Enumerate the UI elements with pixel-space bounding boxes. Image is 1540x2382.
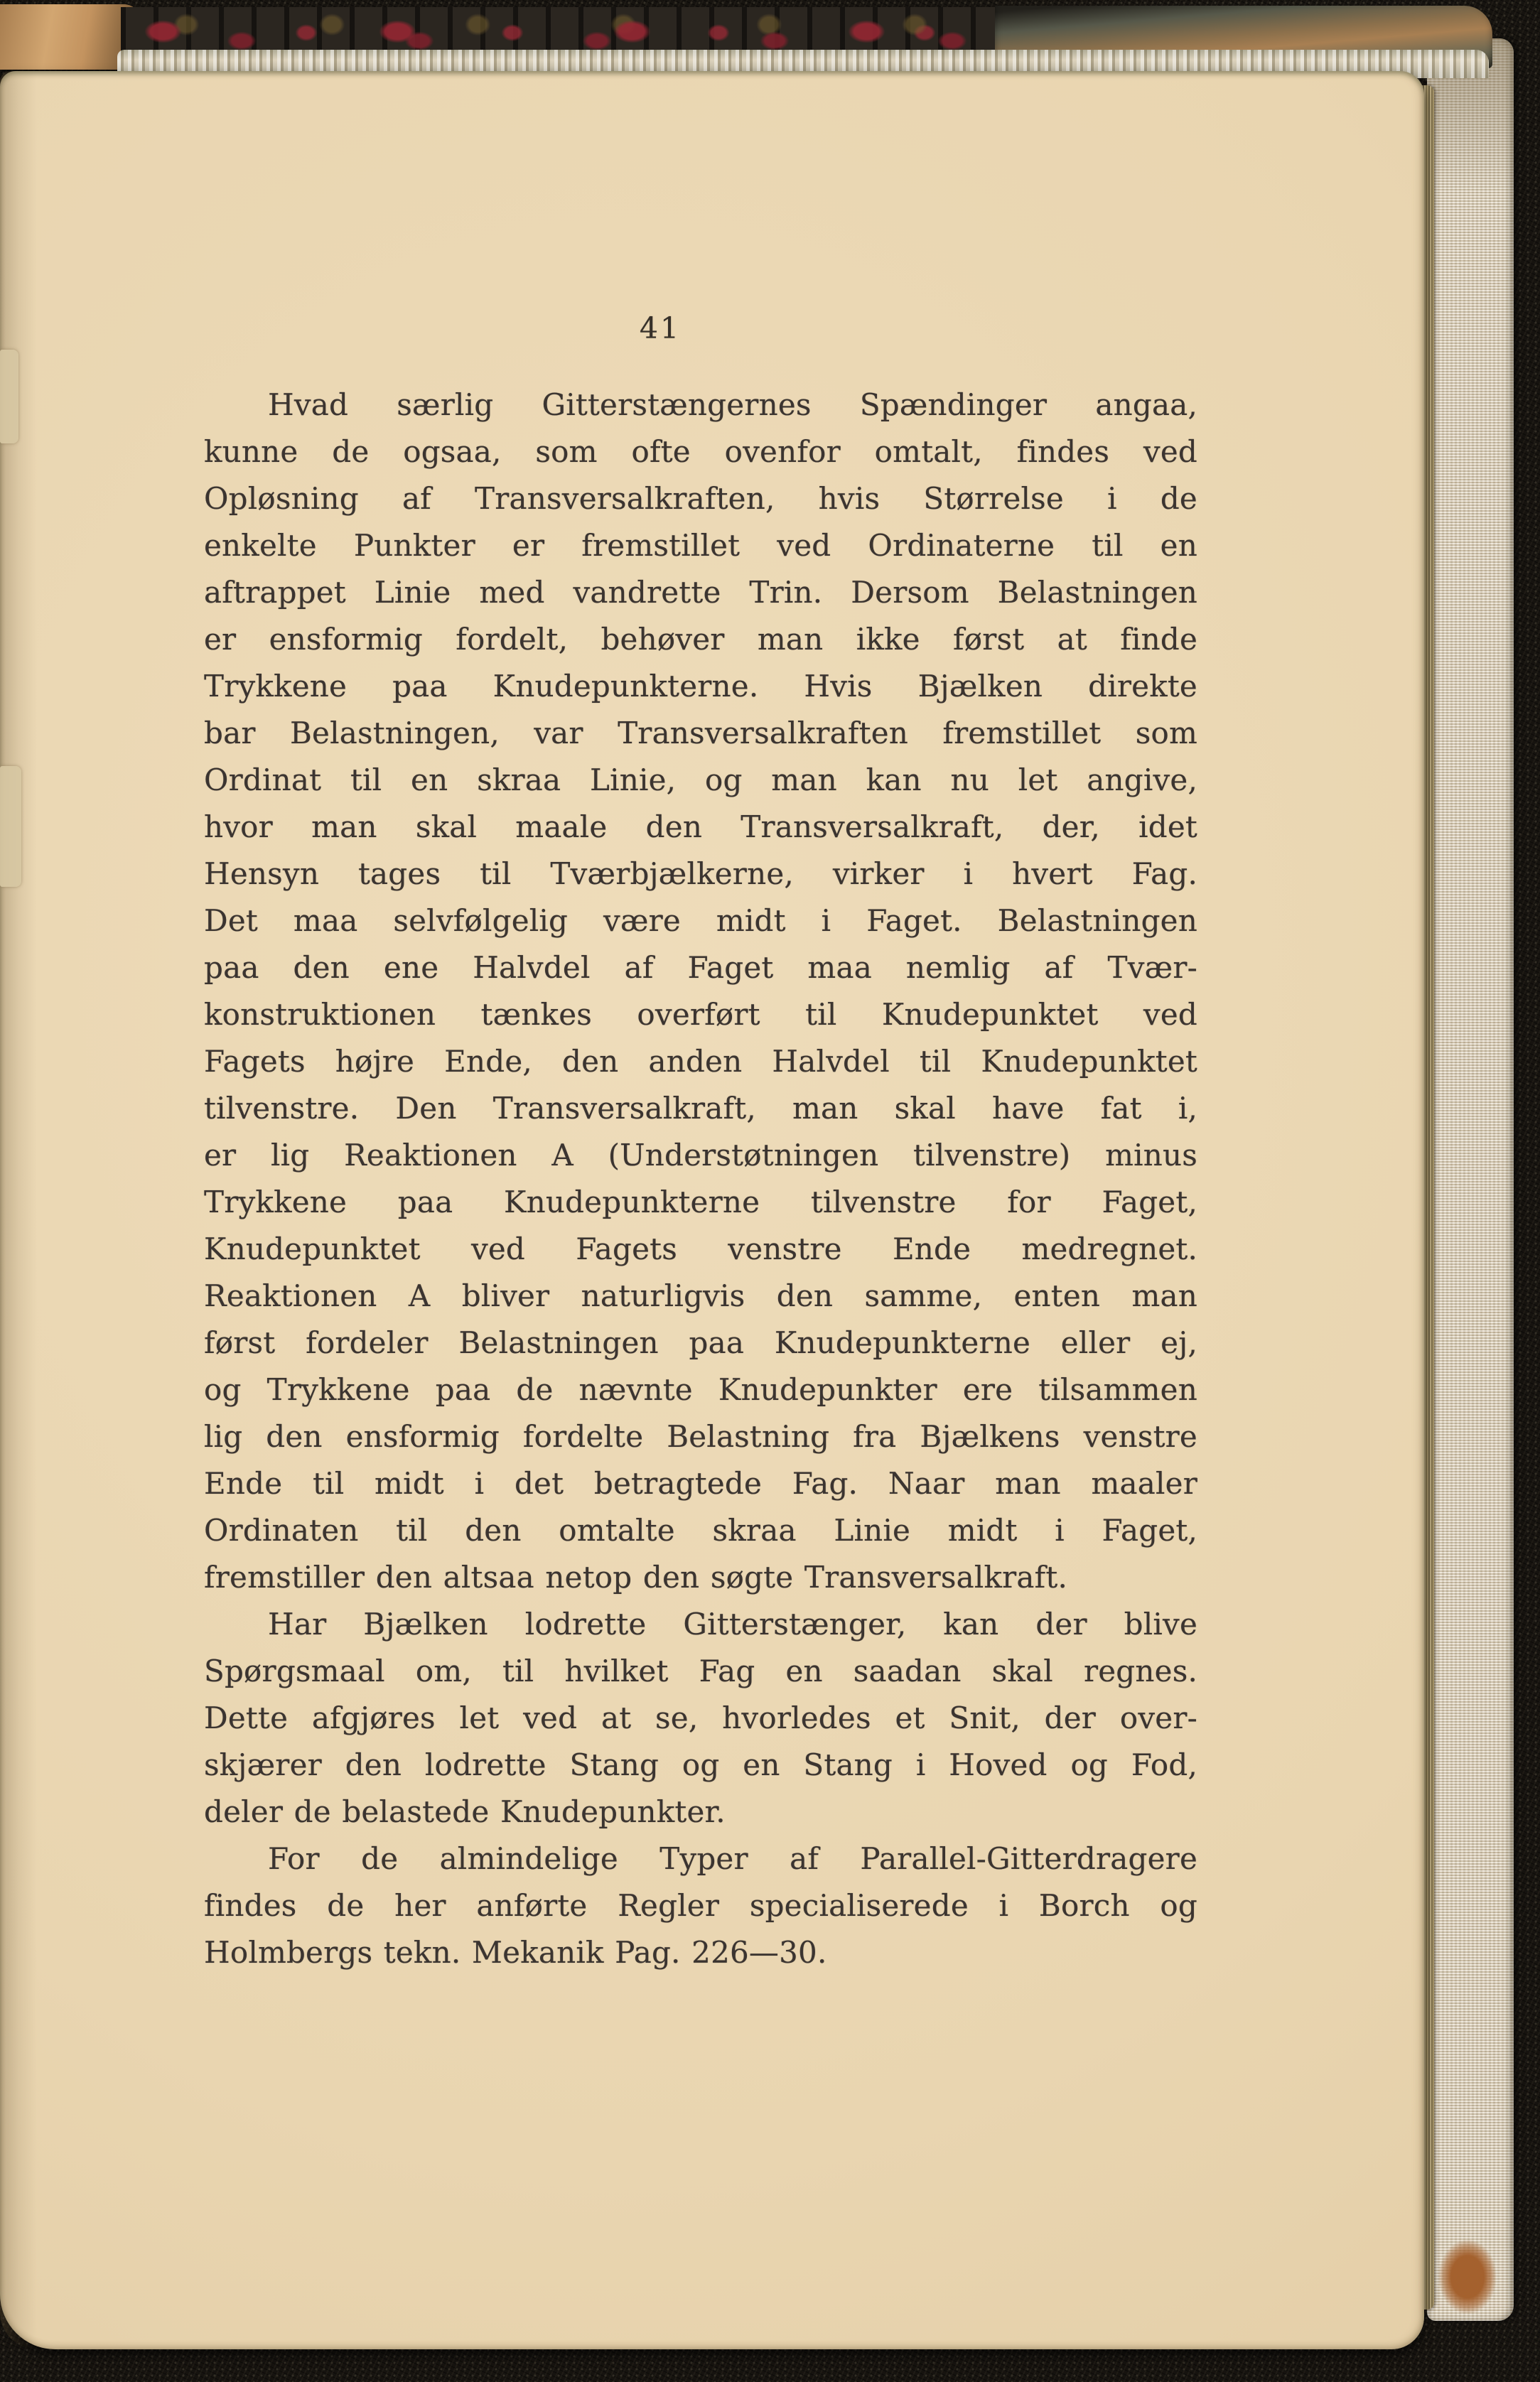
- text-line: Ordinaten til den omtalte skraa Linie mi…: [204, 1507, 1197, 1554]
- text-line: Reaktionen A bliver naturligvis den samm…: [204, 1273, 1197, 1320]
- stain-spot: [1437, 2230, 1498, 2315]
- text-line: og Trykkene paa de nævnte Knudepunkter e…: [204, 1367, 1197, 1413]
- binding-tape-mark: [0, 766, 21, 887]
- text-line: Hvad særlig Gitterstængernes Spændinger …: [204, 382, 1197, 429]
- text-line: først fordeler Belastningen paa Knudepun…: [204, 1320, 1197, 1367]
- text-line: findes de her anførte Regler specialiser…: [204, 1882, 1197, 1929]
- text-line: deler de belastede Knudepunkter.: [204, 1789, 1197, 1836]
- text-line: Holmbergs tekn. Mekanik Pag. 226—30.: [204, 1929, 1197, 1976]
- text-line: paa den ene Halvdel af Faget maa nemlig …: [204, 944, 1197, 991]
- book-page: 41 Hvad særlig Gitterstængernes Spænding…: [0, 71, 1424, 2349]
- text-line: Ende til midt i det betragtede Fag. Naar…: [204, 1460, 1197, 1507]
- page-number: 41: [163, 311, 1157, 345]
- text-line: konstruktionen tænkes overført til Knude…: [204, 991, 1197, 1038]
- text-line: Opløsning af Transversalkraften, hvis St…: [204, 475, 1197, 522]
- text-line: aftrappet Linie med vandrette Trin. Ders…: [204, 569, 1197, 616]
- paragraph: Har Bjælken lodrette Gitterstænger, kan …: [204, 1601, 1197, 1836]
- text-line: skjærer den lodrette Stang og en Stang i…: [204, 1742, 1197, 1789]
- text-line: er lig Reaktionen A (Understøtningen til…: [204, 1132, 1197, 1179]
- text-line: Det maa selvfølgelig være midt i Faget. …: [204, 898, 1197, 944]
- cover-cloth-edge: [1427, 38, 1514, 2321]
- text-line: Har Bjælken lodrette Gitterstænger, kan …: [204, 1601, 1197, 1648]
- text-line: Hensyn tages til Tværbjælkerne, virker i…: [204, 851, 1197, 898]
- text-line: Fagets højre Ende, den anden Halvdel til…: [204, 1038, 1197, 1085]
- text-line: Spørgsmaal om, til hvilket Fag en saadan…: [204, 1648, 1197, 1695]
- text-line: fremstiller den altsaa netop den søgte T…: [204, 1554, 1197, 1601]
- text-line: enkelte Punkter er fremstillet ved Ordin…: [204, 522, 1197, 569]
- text-line: Trykkene paa Knudepunkterne tilvenstre f…: [204, 1179, 1197, 1226]
- book-scan-scene: 41 Hvad særlig Gitterstængernes Spænding…: [0, 0, 1540, 2382]
- text-line: Knudepunktet ved Fagets venstre Ende med…: [204, 1226, 1197, 1273]
- text-line: kunne de ogsaa, som ofte ovenfor omtalt,…: [204, 429, 1197, 475]
- text-line: tilvenstre. Den Transversalkraft, man sk…: [204, 1085, 1197, 1132]
- text-block: Hvad særlig Gitterstængernes Spændinger …: [204, 382, 1197, 1976]
- paragraph: For de almindelige Typer af Parallel-Git…: [204, 1836, 1197, 1976]
- text-line: bar Belastningen, var Transversalkraften…: [204, 710, 1197, 757]
- paragraph: Hvad særlig Gitterstængernes Spændinger …: [204, 382, 1197, 1601]
- binding-tape-mark: [0, 350, 18, 443]
- text-line: er ensformig fordelt, behøver man ikke f…: [204, 616, 1197, 663]
- text-line: Ordinat til en skraa Linie, og man kan n…: [204, 757, 1197, 804]
- text-line: Dette afgjøres let ved at se, hvorledes …: [204, 1695, 1197, 1742]
- text-line: Trykkene paa Knudepunkterne. Hvis Bjælke…: [204, 663, 1197, 710]
- text-line: lig den ensformig fordelte Belastning fr…: [204, 1413, 1197, 1460]
- text-line: hvor man skal maale den Transversalkraft…: [204, 804, 1197, 851]
- text-line: For de almindelige Typer af Parallel-Git…: [204, 1836, 1197, 1882]
